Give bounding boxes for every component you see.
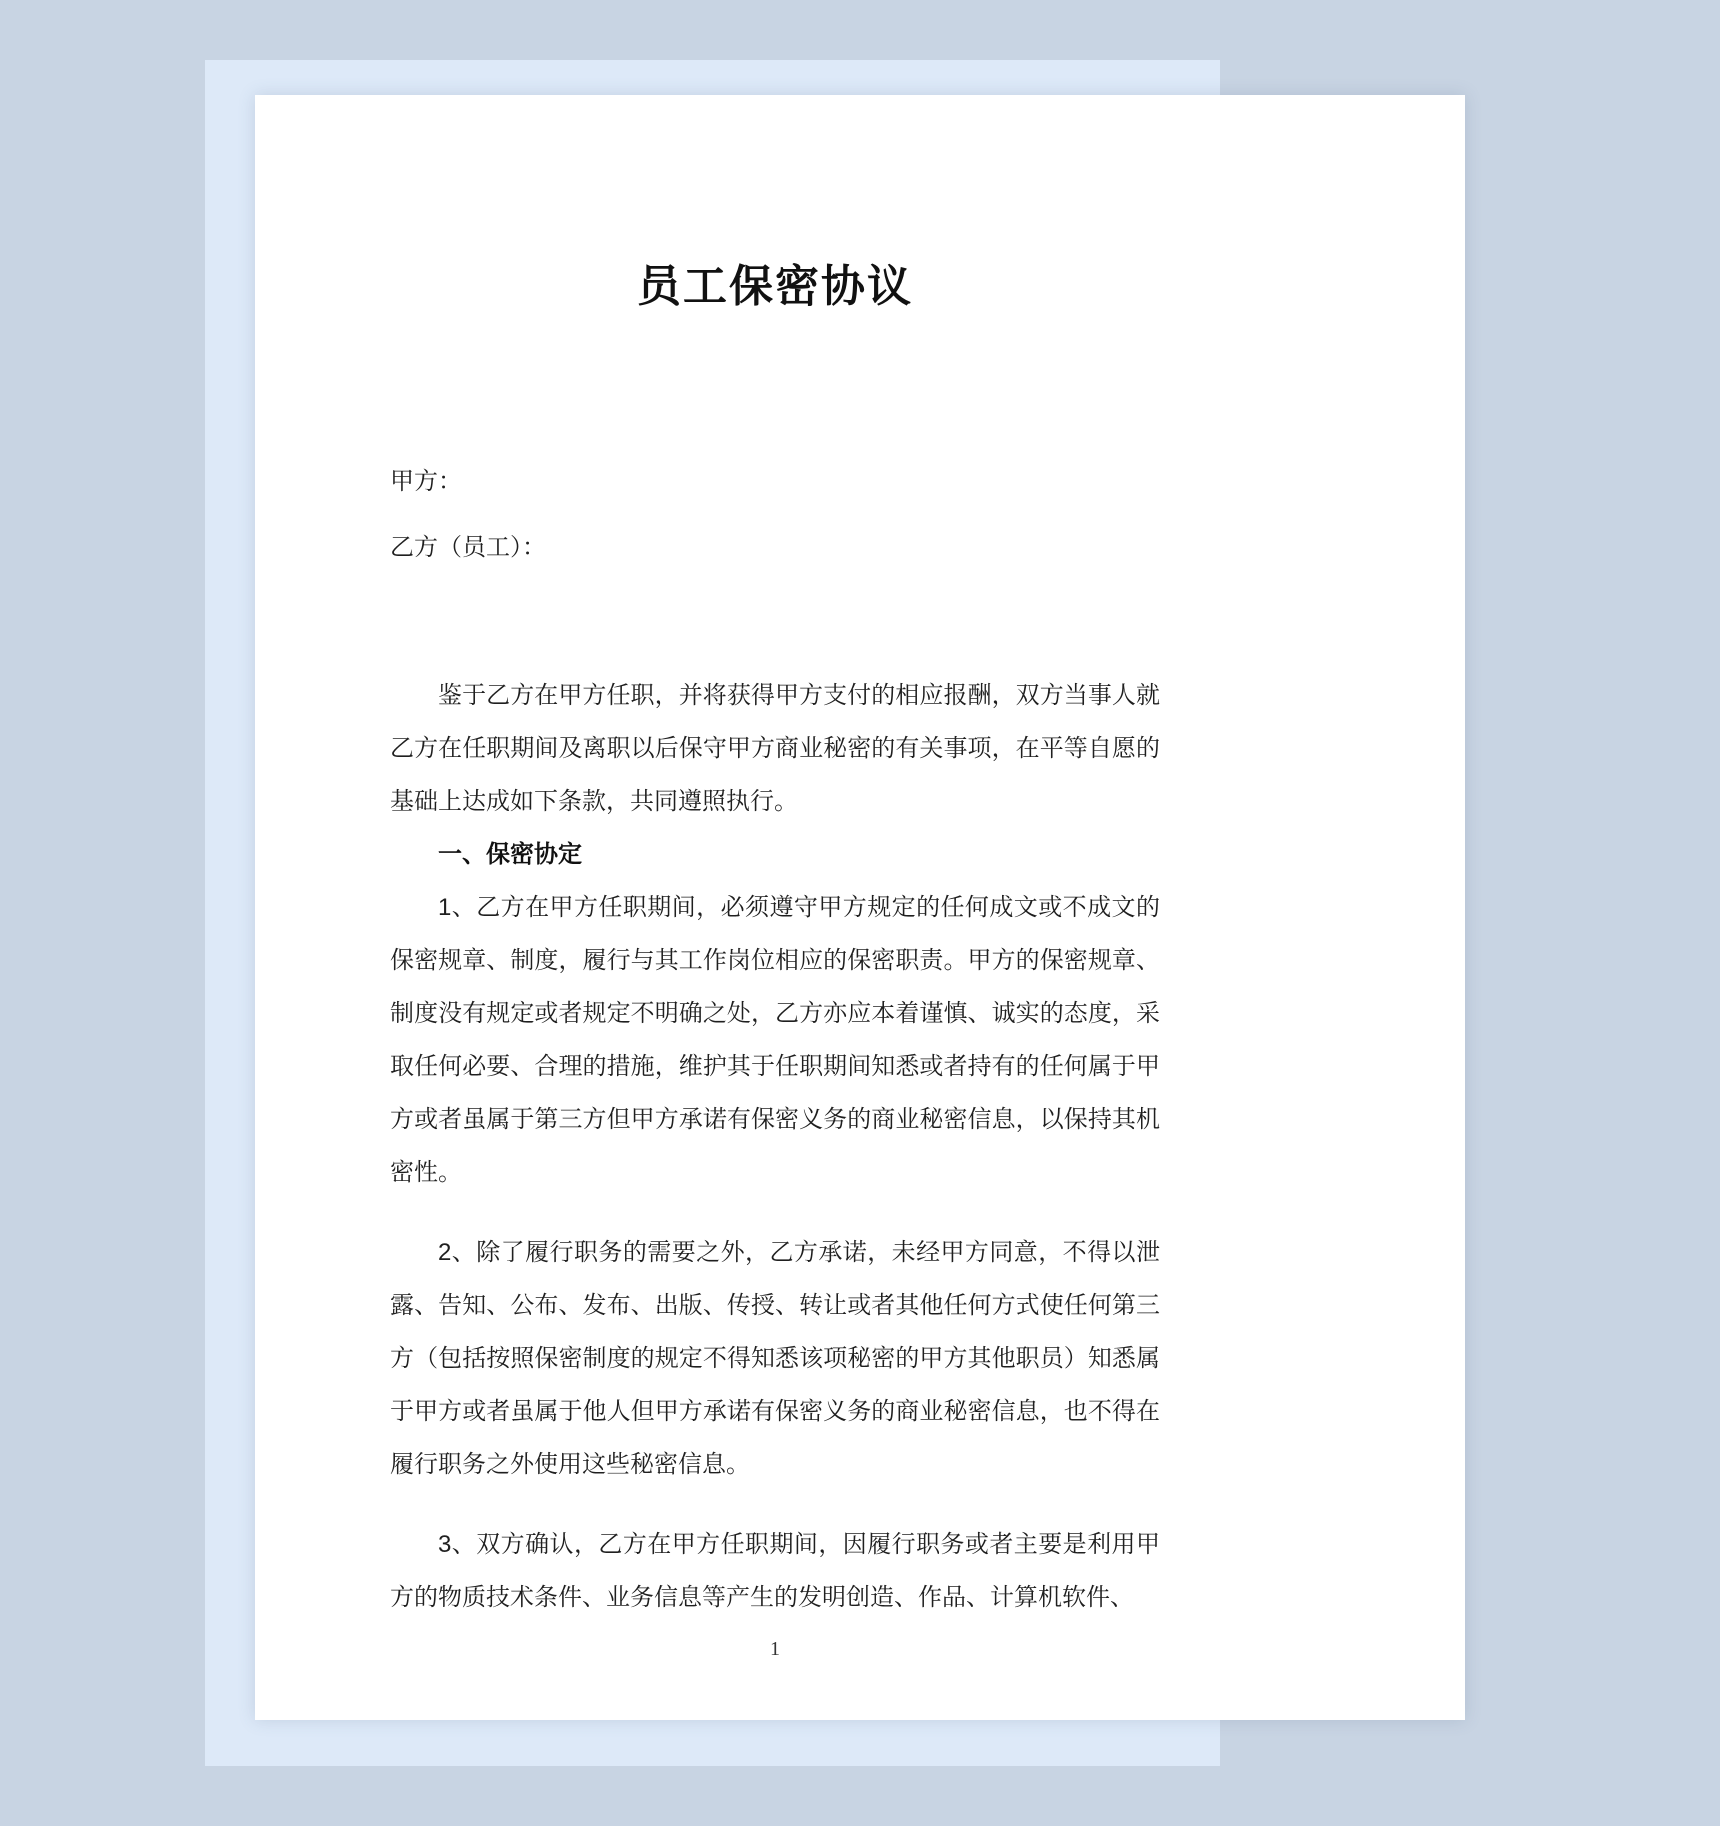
party-a-label: 甲方： (390, 455, 1160, 508)
party-b-label: 乙方（员工）： (390, 521, 1160, 574)
clause-1-paragraph: 1、乙方在甲方任职期间，必须遵守甲方规定的任何成文或不成文的保密规章、制度，履行… (390, 881, 1160, 1199)
section-1-heading: 一、保密协定 (390, 828, 1160, 881)
document-page: 员工保密协议 甲方： 乙方（员工）： 鉴于乙方在甲方任职，并将获得甲方支付的相应… (255, 95, 1465, 1720)
party-block: 甲方： 乙方（员工）： (390, 455, 1160, 574)
document-title: 员工保密协议 (390, 255, 1160, 319)
intro-paragraph: 鉴于乙方在甲方任职，并将获得甲方支付的相应报酬，双方当事人就乙方在任职期间及离职… (390, 669, 1160, 828)
clause-2-paragraph: 2、除了履行职务的需要之外，乙方承诺，未经甲方同意，不得以泄露、告知、公布、发布… (390, 1226, 1160, 1491)
desktop-background: { "colors": { "background": "#c8d4e3", "… (0, 0, 1720, 1826)
page-number: 1 (390, 1634, 1160, 1664)
clause-3-paragraph: 3、双方确认，乙方在甲方任职期间，因履行职务或者主要是利用甲方的物质技术条件、业… (390, 1518, 1160, 1624)
